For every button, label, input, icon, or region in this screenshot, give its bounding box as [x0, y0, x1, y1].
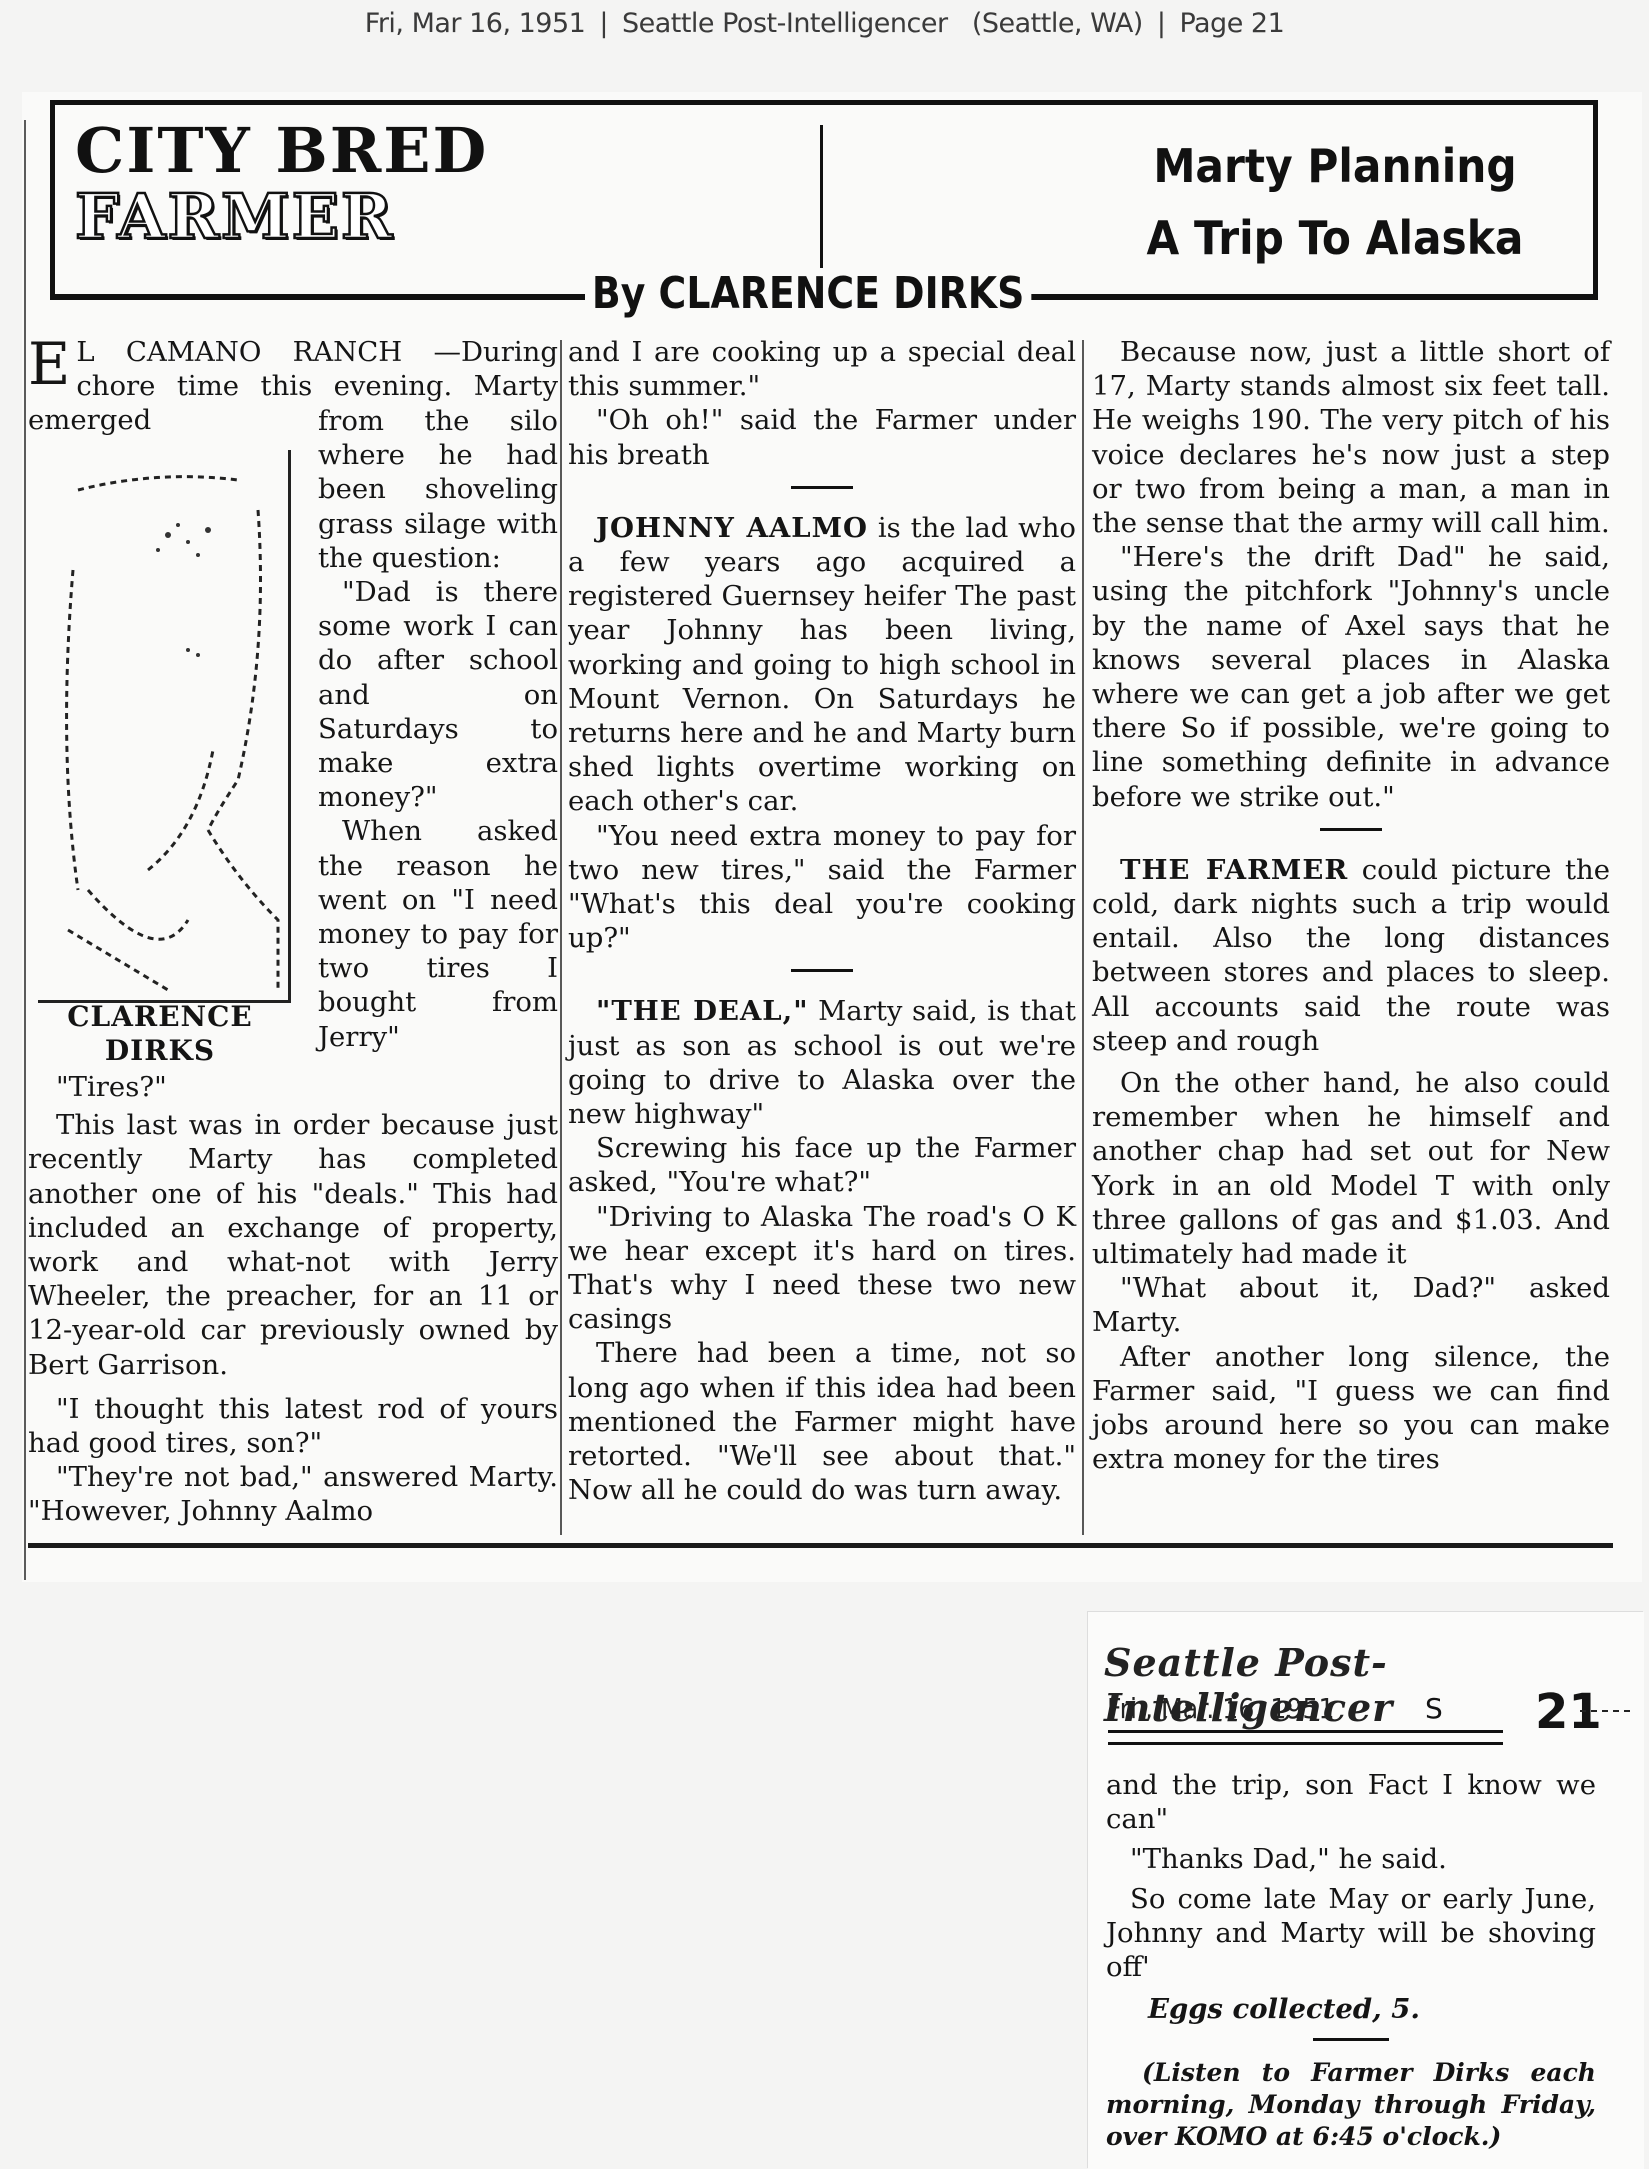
edition-mark: S — [1425, 1692, 1443, 1725]
section-lead: THE FARMER — [1120, 854, 1348, 886]
clipping-source-header: Fri, Mar 16, 1951|Seattle Post-Intellige… — [0, 8, 1649, 39]
header-separator: | — [1157, 8, 1166, 39]
eggs-collected: Eggs collected, 5. — [1106, 1992, 1596, 2026]
section-lead: "THE DEAL," — [596, 995, 809, 1027]
paragraph: "Dad is there some work I can do after s… — [318, 575, 558, 814]
caption-line1: CLARENCE — [40, 1000, 280, 1034]
caption-line2: DIRKS — [40, 1034, 280, 1068]
clipping-left-edge — [24, 120, 26, 1580]
header-separator: | — [599, 8, 608, 39]
header-location: (Seattle, WA) — [972, 8, 1143, 39]
paragraph: "I thought this latest rod of yours had … — [28, 1392, 558, 1460]
paragraph: JOHNNY AALMO is the lad who a few years … — [568, 511, 1076, 819]
paragraph: from the silo where he had been shovelin… — [318, 404, 558, 575]
section-rule — [791, 486, 853, 489]
article-column-1-wrap: from the silo where he had been shovelin… — [318, 404, 558, 1054]
paragraph: Because now, just a little short of 17, … — [1092, 335, 1610, 540]
continuation-date: Fri., Mar. 16, 1951 — [1107, 1692, 1335, 1725]
byline: By CLARENCE DIRKS — [585, 268, 1031, 319]
paragraph: and the trip, son Fact I know we can" — [1106, 1768, 1596, 1836]
portrait-caption: CLARENCE DIRKS — [40, 1000, 280, 1068]
paragraph: and I are cooking up a special deal this… — [568, 335, 1076, 403]
column-rule — [1082, 340, 1084, 1535]
headline-line1: Marty Planning — [1142, 130, 1528, 202]
paragraph: "They're not bad," answered Marty. "Howe… — [28, 1460, 558, 1528]
section-rule — [1313, 2038, 1389, 2041]
paragraph: "What about it, Dad?" asked Marty. — [1092, 1271, 1610, 1339]
paragraph: When asked the reason he went on "I need… — [318, 814, 558, 1053]
headline-line2: A Trip To Alaska — [1142, 202, 1528, 274]
dashed-cut-line — [1580, 1710, 1630, 1712]
paragraph: There had been a time, not so long ago w… — [568, 1336, 1076, 1507]
article-headline: Marty Planning A Trip To Alaska — [1142, 130, 1528, 274]
column-title-line1: CITY BRED — [75, 118, 488, 184]
author-portrait — [38, 450, 291, 1003]
header-publication: Seattle Post-Intelligencer — [622, 8, 948, 39]
paragraph: So come late May or early June, Johnny a… — [1106, 1882, 1596, 1984]
header-page: Page 21 — [1179, 8, 1284, 39]
portrait-photo-icon — [38, 450, 288, 1000]
paragraph: "Thanks Dad," he said. — [1106, 1842, 1596, 1876]
paragraph: "Oh oh!" said the Farmer under his breat… — [568, 403, 1076, 471]
column-title-line2: FARMER — [75, 184, 488, 250]
article-column-3: Because now, just a little short of 17, … — [1092, 335, 1610, 1477]
paragraph: Screwing his face up the Farmer asked, "… — [568, 1131, 1076, 1199]
paragraph: "Here's the drift Dad" he said, using th… — [1092, 540, 1610, 814]
drop-cap: E — [28, 339, 70, 389]
paragraph: "Driving to Alaska The road's O K we hea… — [568, 1200, 1076, 1337]
radio-note: (Listen to Farmer Dirks each morning, Mo… — [1106, 2057, 1596, 2153]
paragraph: "You need extra money to pay for two new… — [568, 819, 1076, 956]
article-column-2: and I are cooking up a special deal this… — [568, 335, 1076, 1508]
bottom-rule — [28, 1543, 1613, 1548]
article-column-1-lower: "Tires?" This last was in order because … — [28, 1070, 558, 1529]
continuation-text: and the trip, son Fact I know we can" "T… — [1106, 1768, 1596, 2159]
paragraph: After another long silence, the Farmer s… — [1092, 1340, 1610, 1477]
column-rule — [560, 340, 562, 1535]
paragraph: On the other hand, he also could remembe… — [1092, 1066, 1610, 1271]
masthead-divider — [820, 125, 823, 285]
paragraph: "Tires?" — [28, 1070, 558, 1104]
double-rule — [1108, 1730, 1503, 1745]
header-date: Fri, Mar 16, 1951 — [365, 8, 586, 39]
section-lead: JOHNNY AALMO — [596, 512, 868, 544]
column-title: CITY BRED FARMER — [75, 118, 488, 250]
paragraph: THE FARMER could picture the cold, dark … — [1092, 853, 1610, 1058]
section-rule — [791, 969, 853, 972]
section-rule — [1320, 828, 1382, 831]
page-number: 21 — [1535, 1684, 1602, 1740]
paragraph: This last was in order because just rece… — [28, 1108, 558, 1382]
paragraph: "THE DEAL," Marty said, is that just as … — [568, 994, 1076, 1131]
paragraph-text: is the lad who a few years ago acquired … — [568, 512, 1076, 818]
